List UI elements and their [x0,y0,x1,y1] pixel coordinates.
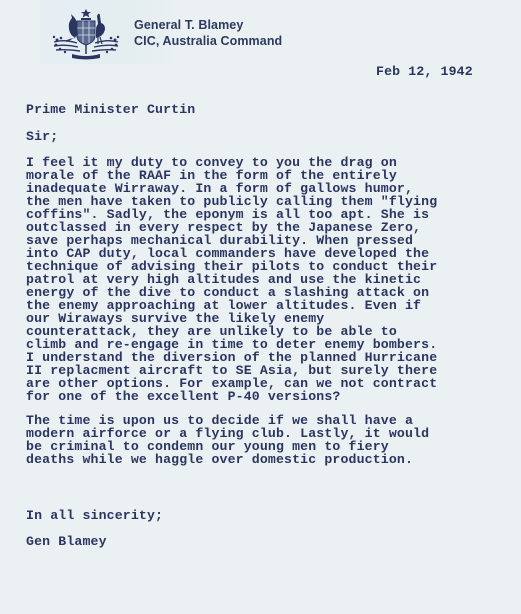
signature: Gen Blamey [26,534,107,549]
letter-date: Feb 12, 1942 [376,64,473,79]
body-paragraph-2: The time is upon us to decide if we shal… [26,414,429,466]
body-line: for one of the excellent P-40 versions? [26,390,437,403]
body-paragraph-1: I feel it my duty to convey to you the d… [26,156,437,403]
recipient: Prime Minister Curtin [26,102,195,117]
sender-title: CIC, Australia Command [134,33,282,49]
sender-block: General T. Blamey CIC, Australia Command [134,17,282,49]
closing: In all sincerity; [26,508,163,523]
body-line: deaths while we haggle over domestic pro… [26,453,429,466]
salutation: Sir; [26,129,58,144]
sender-name: General T. Blamey [134,17,282,33]
letterhead: General T. Blamey CIC, Australia Command [0,0,521,68]
coat-of-arms-icon [50,8,122,62]
